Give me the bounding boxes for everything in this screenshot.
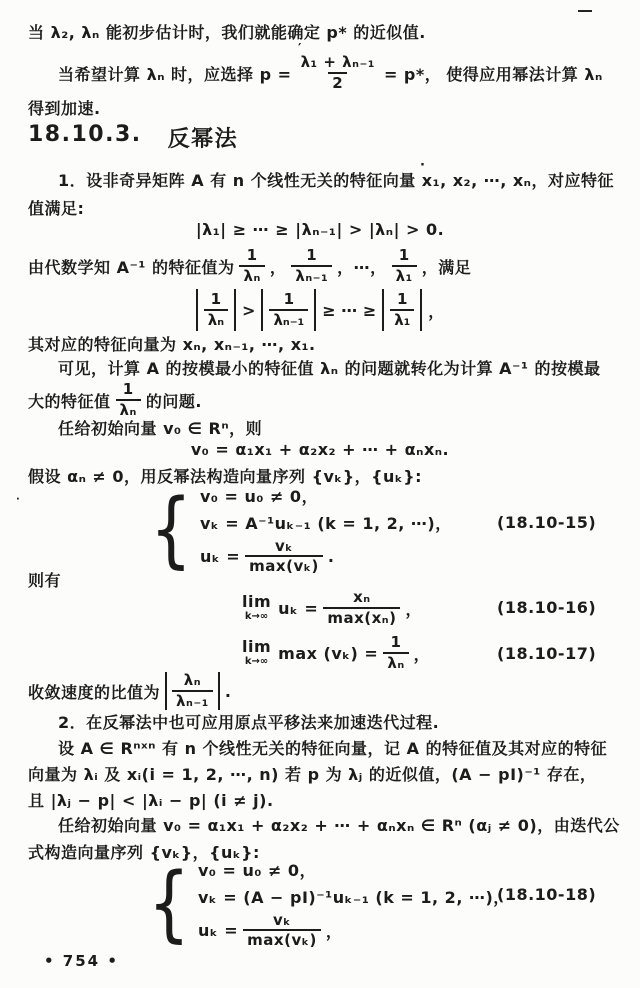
equation-number: (18.10-18) bbox=[497, 885, 596, 904]
paragraph-line: 其对应的特征向量为 xₙ, xₙ₋₁, ⋯, x₁. bbox=[28, 332, 316, 355]
fraction-numerator: vₖ bbox=[271, 538, 297, 555]
abs-bar bbox=[196, 289, 198, 331]
equation-text: uₖ = bbox=[278, 599, 318, 618]
fraction-denominator: λₙ bbox=[204, 309, 228, 329]
equation-text: . bbox=[225, 682, 232, 701]
paragraph-line: 向量为 λᵢ 及 xᵢ(i = 1, 2, ⋯, n) 若 p 为 λⱼ 的近似… bbox=[28, 762, 596, 785]
equation-number: (18.10-15) bbox=[497, 513, 596, 532]
paragraph-line: 1．设非奇异矩阵 A 有 n 个线性无关的特征向量 x₁, x₂, ⋯, xₙ，… bbox=[58, 168, 614, 191]
system-row: v₀ = u₀ ≠ 0， bbox=[198, 858, 316, 881]
equation-text: 由代数学知 A⁻¹ 的特征值为 bbox=[28, 255, 234, 278]
equation-text: 使得应用幂法计算 λₙ bbox=[446, 62, 603, 85]
abs-bar bbox=[314, 289, 316, 331]
abs-bar bbox=[234, 289, 236, 331]
fraction: 1 λₙ₋₁ bbox=[269, 291, 308, 329]
equation-text: ， bbox=[405, 597, 422, 620]
system-rows: v₀ = u₀ ≠ 0， vₖ = A⁻¹uₖ₋₁ (k = 1, 2, ⋯)，… bbox=[200, 484, 452, 576]
paragraph-line: 可见，计算 A 的按模最小的特征值 λₙ 的问题就转化为计算 A⁻¹ 的按模最 bbox=[58, 356, 601, 379]
fraction-numerator: 1 bbox=[243, 247, 262, 264]
fraction: 1 λₙ bbox=[204, 291, 228, 329]
equation-text: 当希望计算 λₙ 时，应选择 p = bbox=[58, 62, 292, 85]
abs-bar bbox=[218, 672, 220, 710]
system-row: uₖ = vₖ max(vₖ) ， bbox=[198, 912, 342, 950]
fraction: 1 λ₁ bbox=[390, 291, 414, 329]
equation-text: ， bbox=[326, 919, 343, 942]
lim-subscript: k→∞ bbox=[245, 612, 268, 622]
scan-artifact bbox=[578, 10, 592, 12]
abs-bar bbox=[382, 289, 384, 331]
paragraph-line: 且 |λⱼ − p| < |λᵢ − p| (i ≠ j). bbox=[28, 788, 274, 811]
fraction: 1 λₙ bbox=[383, 634, 408, 672]
equation-text: . bbox=[328, 547, 335, 566]
fraction: vₖ max(vₖ) bbox=[245, 538, 323, 576]
fraction-denominator: λₙ₋₁ bbox=[291, 265, 332, 285]
intro-line-2: 当希望计算 λₙ 时，应选择 p = λ₁ + λₙ₋₁ 2 = p*， 使得应… bbox=[58, 50, 603, 96]
fraction-denominator: max(vₖ) bbox=[245, 555, 323, 575]
equation-16: lim k→∞ uₖ = xₙ max(xₙ) ， bbox=[242, 586, 422, 630]
paragraph-line: 由代数学知 A⁻¹ 的特征值为 1 λₙ ， 1 λₙ₋₁ ，⋯， 1 λ₁ ，… bbox=[28, 243, 471, 289]
lim-word: lim bbox=[242, 594, 271, 610]
limit-operator: lim k→∞ bbox=[242, 594, 271, 622]
equation-text: ，满足 bbox=[422, 255, 472, 278]
fraction-denominator: 2 bbox=[328, 72, 347, 92]
brace: { bbox=[150, 493, 192, 567]
section-title: 反幂法 bbox=[168, 122, 239, 153]
brace: { bbox=[148, 867, 190, 941]
intro-line-3: 得到加速. bbox=[28, 96, 101, 119]
equation-inverse-order: 1 λₙ > 1 λₙ₋₁ ≥ ⋯ ≥ 1 λ₁ ， bbox=[0, 288, 640, 332]
equation-order: |λ₁| ≥ ⋯ ≥ |λₙ₋₁| > |λₙ| > 0. bbox=[0, 220, 640, 239]
convergence-line: 收敛速度的比值为 λₙ λₙ₋₁ . bbox=[28, 668, 231, 714]
fraction-numerator: 1 bbox=[395, 247, 414, 264]
fraction-denominator: λₙ₋₁ bbox=[269, 309, 308, 329]
fraction-numerator: 1 bbox=[302, 247, 321, 264]
equation-text: ，⋯， bbox=[337, 255, 387, 278]
fraction-numerator: 1 bbox=[393, 291, 411, 308]
abs-bar bbox=[165, 672, 167, 710]
lim-subscript: k→∞ bbox=[245, 657, 268, 667]
fraction: 1 λₙ₋₁ bbox=[291, 247, 332, 285]
equation-17: lim k→∞ max (vₖ) = 1 λₙ ， bbox=[242, 632, 430, 674]
fraction-numerator: vₖ bbox=[269, 912, 295, 929]
equation-text: ， bbox=[428, 299, 444, 322]
equation-text: ， bbox=[414, 642, 431, 665]
fraction: 1 λ₁ bbox=[392, 247, 417, 285]
limit-operator: lim k→∞ bbox=[242, 639, 271, 667]
fraction-numerator: λₙ bbox=[180, 672, 205, 689]
fraction: 1 λₙ bbox=[239, 247, 264, 285]
equation-number: (18.10-17) bbox=[497, 644, 596, 663]
equation-text: uₖ = bbox=[200, 547, 240, 566]
fraction: 1 λₙ bbox=[116, 381, 141, 419]
abs-bar bbox=[420, 289, 422, 331]
equation-text: 收敛速度的比值为 bbox=[28, 680, 160, 703]
system-rows: v₀ = u₀ ≠ 0， vₖ = (A − pI)⁻¹uₖ₋₁ (k = 1,… bbox=[198, 858, 510, 950]
equation-text: 大的特征值 bbox=[28, 389, 111, 412]
section-number: 18.10.3. bbox=[28, 122, 142, 153]
book-page: ′ · · 当 λ₂, λₙ 能初步估计时，我们就能确定 p* 的近似值. 当希… bbox=[0, 0, 640, 988]
equation-text: ， bbox=[270, 255, 287, 278]
fraction-denominator: λₙ₋₁ bbox=[172, 690, 213, 710]
system-row: vₖ = (A − pI)⁻¹uₖ₋₁ (k = 1, 2, ⋯)， bbox=[198, 885, 510, 908]
fraction-numerator: 1 bbox=[387, 634, 406, 651]
fraction-denominator: λ₁ bbox=[390, 309, 414, 329]
fraction-numerator: xₙ bbox=[349, 589, 375, 606]
fraction-denominator: λₙ bbox=[239, 265, 264, 285]
paragraph-line: 值满足: bbox=[28, 196, 84, 219]
equation-text: ≥ ⋯ ≥ bbox=[322, 301, 376, 320]
equation-system-15: { v₀ = u₀ ≠ 0， vₖ = A⁻¹uₖ₋₁ (k = 1, 2, ⋯… bbox=[150, 484, 452, 576]
fraction: λₙ λₙ₋₁ bbox=[172, 672, 213, 710]
paragraph-line: 任给初始向量 v₀ = α₁x₁ + α₂x₂ + ⋯ + αₙxₙ ∈ Rⁿ … bbox=[58, 813, 620, 836]
paragraph-line: 2．在反幂法中也可应用原点平移法来加速迭代过程. bbox=[58, 710, 439, 733]
equation-v0: v₀ = α₁x₁ + α₂x₂ + ⋯ + αₙxₙ. bbox=[0, 440, 640, 459]
fraction-denominator: max(xₙ) bbox=[323, 607, 400, 627]
intro-line-1: 当 λ₂, λₙ 能初步估计时，我们就能确定 p* 的近似值. bbox=[28, 20, 426, 43]
lim-word: lim bbox=[242, 639, 271, 655]
fraction-denominator: max(vₖ) bbox=[243, 929, 321, 949]
paragraph-line: 任给初始向量 v₀ ∈ Rⁿ，则 bbox=[58, 416, 262, 439]
equation-text: uₖ = bbox=[198, 921, 238, 940]
abs-bar bbox=[261, 289, 263, 331]
scan-artifact: · bbox=[16, 494, 20, 505]
equation-number: (18.10-16) bbox=[497, 598, 596, 617]
paragraph-line: 则有 bbox=[28, 568, 61, 591]
equation-text: max (vₖ) = bbox=[278, 644, 378, 663]
section-heading: 18.10.3. 反幂法 bbox=[28, 122, 238, 153]
equation-text: = p*， bbox=[384, 62, 441, 85]
fraction-denominator: λ₁ bbox=[392, 265, 417, 285]
fraction-numerator: 1 bbox=[207, 291, 225, 308]
fraction-numerator: 1 bbox=[280, 291, 298, 308]
fraction-numerator: 1 bbox=[119, 381, 138, 398]
fraction-numerator: λ₁ + λₙ₋₁ bbox=[297, 54, 379, 71]
equation-text: > bbox=[242, 301, 255, 320]
system-row: v₀ = u₀ ≠ 0， bbox=[200, 484, 318, 507]
paragraph-line: 设 A ∈ Rⁿˣⁿ 有 n 个线性无关的特征向量，记 A 的特征值及其对应的特… bbox=[58, 736, 607, 759]
fraction: λ₁ + λₙ₋₁ 2 bbox=[297, 54, 379, 92]
system-row: vₖ = A⁻¹uₖ₋₁ (k = 1, 2, ⋯)， bbox=[200, 511, 452, 534]
fraction-denominator: λₙ bbox=[383, 652, 408, 672]
fraction: vₖ max(vₖ) bbox=[243, 912, 321, 950]
fraction: xₙ max(xₙ) bbox=[323, 589, 400, 627]
equation-system-18: { v₀ = u₀ ≠ 0， vₖ = (A − pI)⁻¹uₖ₋₁ (k = … bbox=[148, 858, 510, 950]
system-row: uₖ = vₖ max(vₖ) . bbox=[200, 538, 334, 576]
equation-text: 的问题. bbox=[146, 389, 202, 412]
page-number: • 754 • bbox=[44, 952, 119, 970]
